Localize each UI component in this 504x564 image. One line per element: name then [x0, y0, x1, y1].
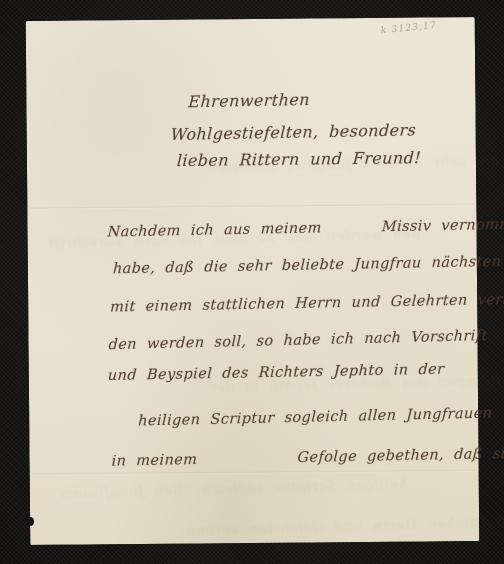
archival-shelfmark: k 3123,17 [380, 21, 437, 36]
archive-scan-background: habe, daß die sehr beliebte Jungfrau näc… [0, 0, 504, 564]
letter-page: habe, daß die sehr beliebte Jungfrau näc… [26, 17, 480, 545]
paper-fold-crease [32, 469, 477, 476]
handwritten-line: habe, daß die sehr beliebte Jungfrau näc… [112, 254, 501, 277]
salutation-line: Wohlgestiefelten, besonders [170, 120, 416, 144]
salutation-line: Ehrenwerthen [188, 90, 310, 111]
ink-bleedthrough: mit einem stattlichen Herrn und Gelehrte… [180, 512, 504, 539]
salutation-line: lieben Rittern und Freund! [176, 148, 421, 170]
paper-fold-crease [29, 203, 474, 210]
ink-bleedthrough: heiligen Scriptur sogleich allen Jungfra… [60, 477, 408, 502]
paper-edge-notch [27, 517, 34, 526]
handwritten-line: heiligen Scriptur sogleich allen Jungfra… [138, 405, 493, 429]
handwritten-line: mit einem stattlichen Herrn und Gelehrte… [110, 291, 504, 315]
handwritten-line: den werden soll, so habe ich nach Vorsch… [108, 328, 488, 353]
handwritten-line: in meinem Gefolge gebethen, daß sie sich [111, 445, 504, 470]
